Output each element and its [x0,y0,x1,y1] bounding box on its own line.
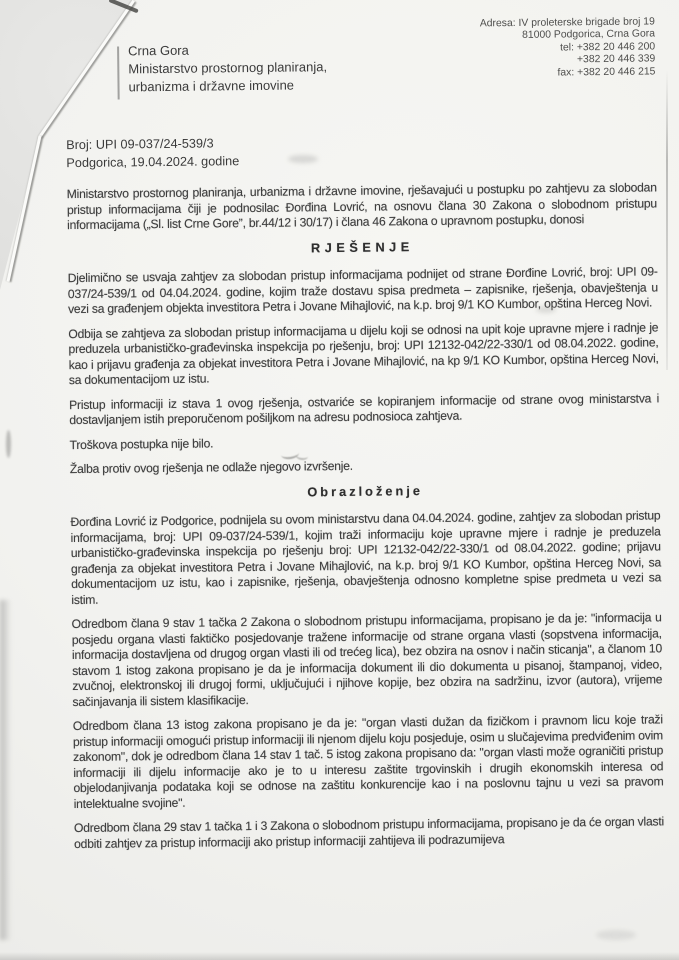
page-edge-line-right [666,70,668,370]
letterhead-ministry-line2: urbanizma i državne imovine [128,76,327,96]
rationale-paragraph-4: Odredbom člana 29 stav 1 tačka 1 i 3 Zak… [74,814,664,852]
scanned-document-page: Crna Gora Ministarstvo prostornog planir… [0,0,679,960]
rationale-title: Obrazloženje [70,480,660,502]
document-content: Crna Gora Ministarstvo prostornog planir… [0,0,679,960]
decision-paragraph-2: Odbija se zahtjeva za slobodan pristup i… [68,320,659,389]
costs-statement: Troškova postupka nije bilo. [70,431,660,453]
scan-smudge [536,306,556,313]
letterhead: Crna Gora Ministarstvo prostornog planir… [128,40,327,96]
letterhead-divider [117,46,120,99]
document-place-date: Podgorica, 19.04.2024. godine [66,153,239,172]
address-line: fax: +382 20 446 215 [480,66,655,80]
rationale-paragraph-1: Đorđina Lovrić iz Podgorice, podnijela s… [70,508,661,608]
scan-edge-shadow-bottom [0,952,679,960]
document-number: Broj: UPI 09-037/24-539/3 [66,135,239,154]
intro-paragraph: Ministarstvo prostornog planiranja, urba… [67,180,657,233]
decision-paragraph-1: Djelimično se usvaja zahtjev za slobodan… [68,264,658,317]
reference-block: Broj: UPI 09-037/24-539/3 Podgorica, 19.… [66,135,239,172]
decision-paragraph-3: Pristup informaciji iz stava 1 ovog rješ… [69,391,659,429]
document-body: Ministarstvo prostornog planiranja, urba… [67,180,665,861]
scan-smudge [596,930,636,940]
letterhead-address-block: Adresa: IV proleterske brigade broj 19 8… [480,16,656,80]
scan-smudge [6,430,11,458]
rationale-paragraph-3: Odredbom člana 13 istog zakona propisano… [73,712,664,812]
letterhead-country: Crna Gora [128,40,327,60]
appeal-statement: Žalba protiv ovog rješenja ne odlaže nje… [70,455,660,477]
decision-title: RJEŠENJE [67,236,657,258]
rationale-paragraph-2: Odredbom člana 9 stav 1 tačka 2 Zakona o… [72,610,663,710]
scan-smudge [288,155,318,163]
scan-edge-shadow-left [0,600,11,940]
letterhead-ministry-line1: Ministarstvo prostornog planiranja, [128,58,327,78]
